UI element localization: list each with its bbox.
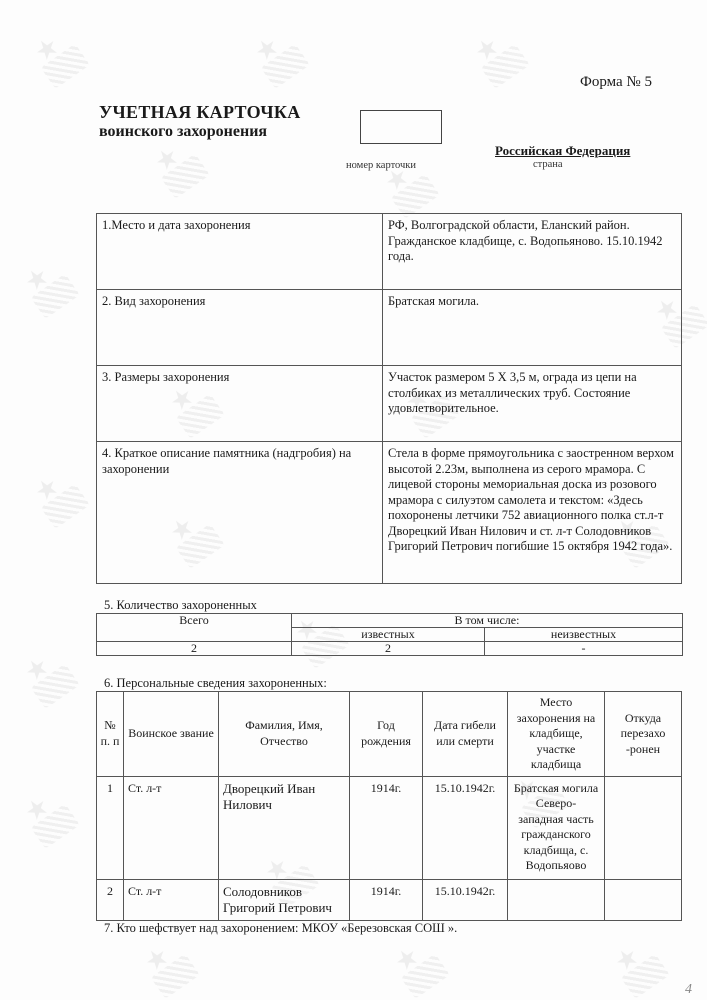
column-header: Дата гибели или смерти	[423, 692, 508, 777]
watermark-stamp	[21, 791, 85, 855]
column-header: Место захоронения на кладбище, участке к…	[508, 692, 605, 777]
death-date: 15.10.1942г.	[423, 776, 508, 879]
total-count: 2	[97, 642, 292, 656]
table-row: 4. Краткое описание памятника (надгробия…	[97, 442, 682, 584]
watermark-stamp	[251, 31, 315, 95]
table-header-row: № п. п Воинское звание Фамилия, Имя, Отч…	[97, 692, 682, 777]
table-row: 1.Место и дата захоронения РФ, Волгоград…	[97, 214, 682, 290]
birth-year: 1914г.	[350, 879, 423, 920]
row-value: Братская могила.	[383, 290, 682, 366]
row-label: 4. Краткое описание памятника (надгробия…	[97, 442, 383, 584]
watermark-stamp	[471, 31, 535, 95]
known-count: 2	[292, 642, 485, 656]
card-number-label: номер карточки	[346, 160, 416, 171]
row-number: 1	[97, 776, 124, 879]
section7-patron: 7. Кто шефствует над захоронением: МКОУ …	[104, 921, 457, 936]
watermark-stamp	[611, 941, 675, 1000]
burial-place	[508, 879, 605, 920]
row-label: 3. Размеры захоронения	[97, 366, 383, 442]
including-header: В том числе:	[292, 614, 683, 628]
personal-info-table: № п. п Воинское звание Фамилия, Имя, Отч…	[96, 691, 682, 921]
card-number-box	[360, 110, 442, 144]
row-number: 2	[97, 879, 124, 920]
watermark-stamp	[141, 941, 205, 1000]
unknown-header: неизвестных	[485, 628, 683, 642]
watermark-stamp	[21, 651, 85, 715]
row-value: РФ, Волгоградской области, Еланский райо…	[383, 214, 682, 290]
total-header: Всего	[97, 614, 292, 642]
birth-year: 1914г.	[350, 776, 423, 879]
card-title: УЧЕТНАЯ КАРТОЧКА	[99, 102, 301, 123]
handwritten-page-mark: 4	[685, 982, 692, 998]
burial-count-table: Всего В том числе: известных неизвестных…	[96, 613, 683, 656]
rank: Ст. л-т	[124, 776, 219, 879]
section5-heading: 5. Количество захороненных	[104, 598, 257, 613]
reburied-from	[605, 879, 682, 920]
watermark-stamp	[31, 471, 95, 535]
burial-place: Братская могила Северо- западная часть г…	[508, 776, 605, 879]
watermark-stamp	[391, 941, 455, 1000]
column-header: Фамилия, Имя, Отчество	[219, 692, 350, 777]
death-date: 15.10.1942г.	[423, 879, 508, 920]
row-label: 1.Место и дата захоронения	[97, 214, 383, 290]
rank: Ст. л-т	[124, 879, 219, 920]
section6-heading: 6. Персональные сведения захороненных:	[104, 676, 327, 691]
row-value: Участок размером 5 Х 3,5 м, ограда из це…	[383, 366, 682, 442]
unknown-count: -	[485, 642, 683, 656]
column-header: Год рождения	[350, 692, 423, 777]
reburied-from	[605, 776, 682, 879]
burial-info-table: 1.Место и дата захоронения РФ, Волгоград…	[96, 213, 682, 584]
full-name: Дворецкий Иван Нилович	[219, 776, 350, 879]
column-header: Воинское звание	[124, 692, 219, 777]
table-row: 2 Ст. л-т Солодовников Григорий Петрович…	[97, 879, 682, 920]
column-header: Откуда перезахо -ронен	[605, 692, 682, 777]
known-header: известных	[292, 628, 485, 642]
card-subtitle: воинского захоронения	[99, 123, 267, 141]
table-row: 2. Вид захоронения Братская могила.	[97, 290, 682, 366]
country-label: страна	[533, 159, 563, 170]
watermark-stamp	[31, 31, 95, 95]
row-value: Стела в форме прямоугольника с заостренн…	[383, 442, 682, 584]
form-number: Форма № 5	[580, 74, 652, 91]
full-name: Солодовников Григорий Петрович	[219, 879, 350, 920]
country-value: Российская Федерация	[495, 143, 630, 159]
table-row: Всего В том числе:	[97, 614, 683, 628]
row-label: 2. Вид захоронения	[97, 290, 383, 366]
table-row: 3. Размеры захоронения Участок размером …	[97, 366, 682, 442]
column-header: № п. п	[97, 692, 124, 777]
watermark-stamp	[151, 141, 215, 205]
table-row: 1 Ст. л-т Дворецкий Иван Нилович 1914г. …	[97, 776, 682, 879]
table-row: 2 2 -	[97, 642, 683, 656]
watermark-stamp	[21, 261, 85, 325]
